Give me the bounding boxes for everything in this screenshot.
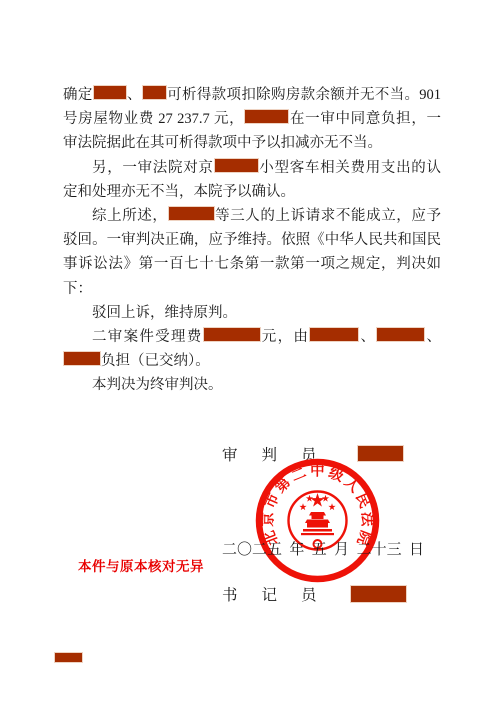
verification-note: 本件与原本核对无异 <box>78 555 204 575</box>
body-text: 本判决为终审判决。 <box>92 377 223 393</box>
redaction-box <box>142 85 167 100</box>
body-text: 另，一审法院对京 <box>92 160 214 176</box>
redaction-box <box>168 206 215 221</box>
body-text: 确定 <box>63 87 93 103</box>
clerk-name-redaction <box>350 585 407 603</box>
body-text: 、 <box>359 329 376 345</box>
body-text: 、 <box>425 329 441 345</box>
body-text: 驳回上诉，维持原判。 <box>92 305 237 321</box>
body-text: 综上所述， <box>92 208 168 224</box>
redaction-box <box>376 327 425 342</box>
footer-redaction <box>54 652 83 663</box>
date-part: 月 <box>334 538 349 559</box>
body-text: 负担（已交纳）。 <box>101 353 210 369</box>
judgment-date: 二〇二五年五月二十三日 <box>222 538 424 559</box>
redaction-box <box>244 109 289 124</box>
paragraph: 确定、可析得款项扣除购房款余额并无不当。901号房屋物业费 27 237.7 元… <box>63 83 441 156</box>
date-part: 五 <box>312 538 327 559</box>
seal-graphics: 北京市第二中级人民法院 <box>258 462 376 579</box>
redaction-box <box>309 327 359 342</box>
date-part: 二〇二五 <box>222 538 282 559</box>
paragraph: 另，一审法院对京小型客车相关费用支出的认定和处理亦无不当，本院予以确认。 <box>63 156 441 204</box>
paragraph: 综上所述，等三人的上诉请求不能成立，应予驳回。一审判决正确，应予维持。依照《中华… <box>63 204 441 301</box>
court-seal: 北京市第二中级人民法院 <box>255 458 380 583</box>
redaction-box <box>93 85 127 100</box>
body-text: 二审案件受理费 <box>92 329 203 345</box>
paragraph: 二审案件受理费元，由、、负担（已交纳）。 <box>63 325 441 373</box>
document-body: 确定、可析得款项扣除购房款余额并无不当。901号房屋物业费 27 237.7 元… <box>63 83 441 398</box>
paragraph: 驳回上诉，维持原判。 <box>63 301 441 325</box>
body-text: 元，由 <box>261 329 310 345</box>
clerk-title-label: 书记员 <box>222 583 341 605</box>
body-text: 、 <box>127 87 142 103</box>
date-part: 二十三 <box>357 538 402 559</box>
redaction-box <box>214 158 259 173</box>
judgment-page: 确定、可析得款项扣除购房款余额并无不当。901号房屋物业费 27 237.7 元… <box>0 0 500 707</box>
paragraph: 本判决为终审判决。 <box>63 373 441 397</box>
redaction-box <box>63 351 101 366</box>
date-part: 日 <box>409 538 424 559</box>
redaction-box <box>203 327 261 342</box>
date-part: 年 <box>289 538 304 559</box>
